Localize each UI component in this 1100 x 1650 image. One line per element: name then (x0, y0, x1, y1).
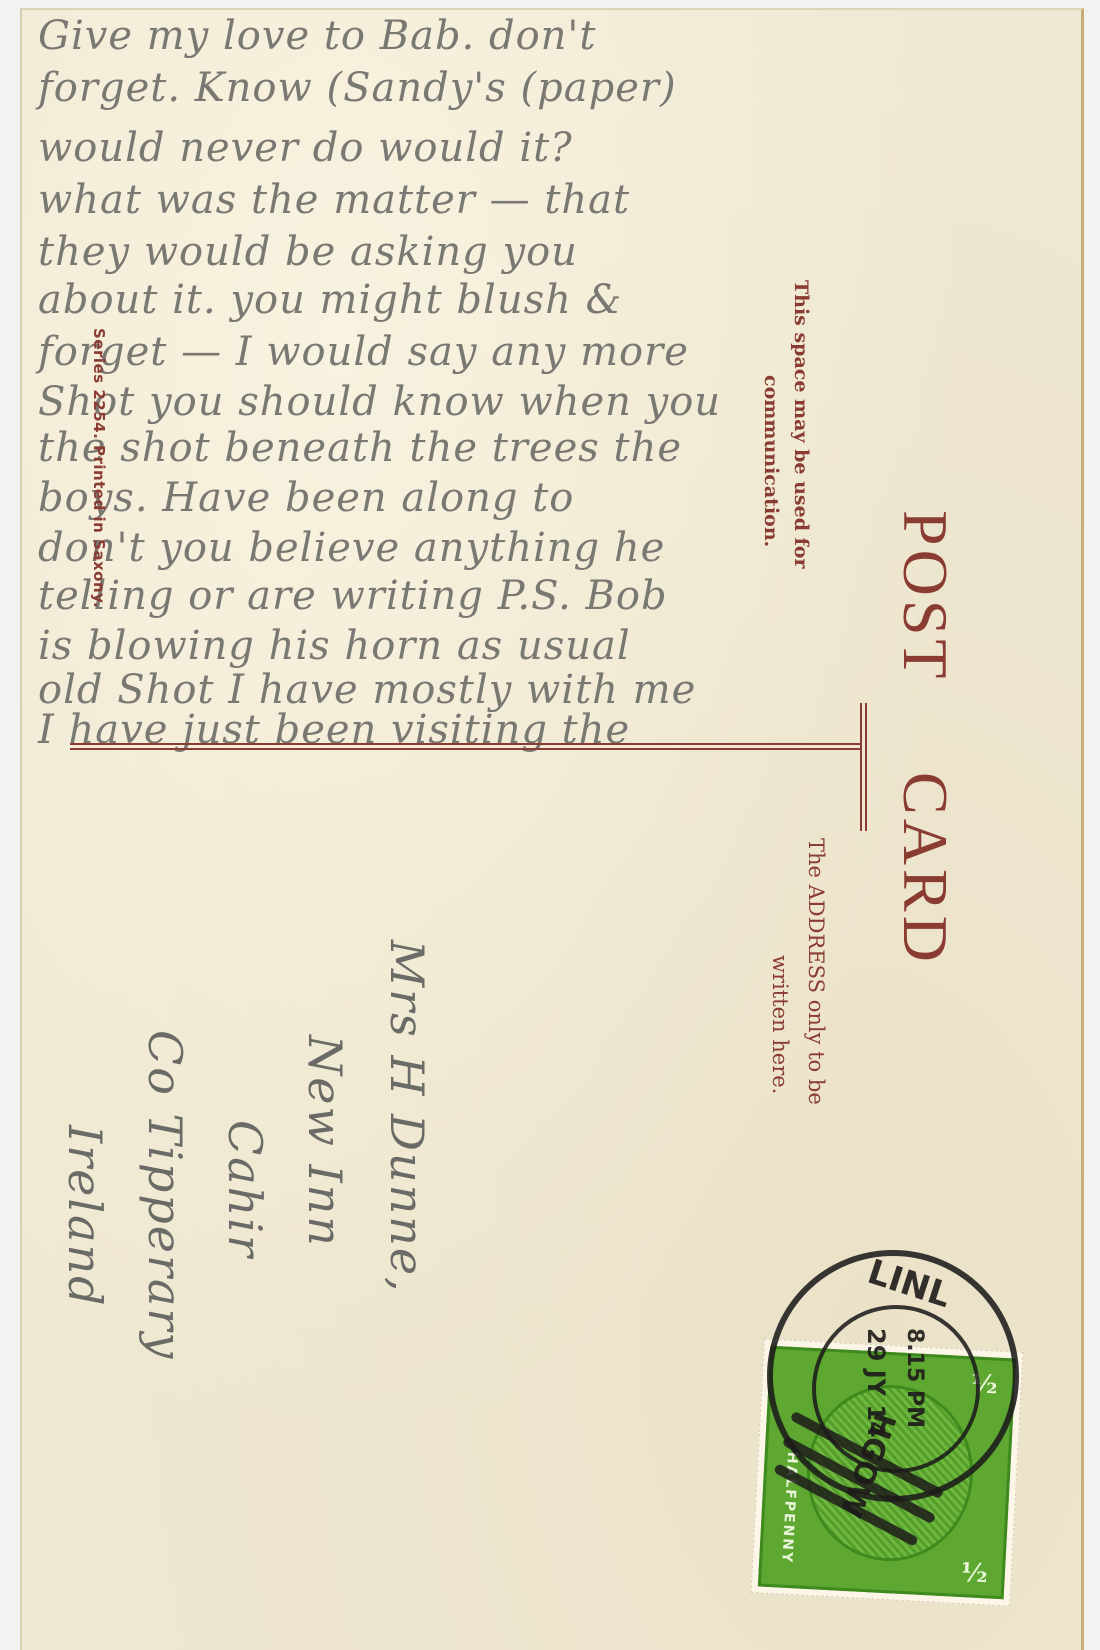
message-line-8: Shot you should know when you (38, 382, 721, 422)
message-line-7: forget — I would say any more (38, 332, 689, 372)
message-line-13: is blowing his horn as usual (38, 626, 631, 666)
message-line-11: don't you believe anything he (38, 528, 665, 568)
postmark-date: 29 JY 14 (862, 1328, 890, 1438)
message-line-12: telling or are writing P.S. Bob (38, 576, 668, 616)
message-line-5: they would be asking you (38, 232, 578, 272)
message-line-4: what was the matter — that (38, 180, 630, 220)
postcard-back: Give my love to Bab. don't forget. Know … (20, 8, 1084, 1650)
message-line-10: boys. Have been along to (38, 478, 574, 518)
message-line-14: old Shot I have mostly with me (38, 670, 696, 710)
address-note-line1: The ADDRESS only to be (804, 838, 828, 1105)
postmark-time: 8.15 PM (902, 1328, 927, 1428)
message-line-1: Give my love to Bab. don't (38, 16, 597, 56)
address-line-3: Cahir (218, 1120, 272, 1259)
address-line-4: Co Tipperary (138, 1030, 192, 1360)
address-note-line2: written here. (768, 955, 792, 1094)
address-line-5: Ireland (58, 1125, 112, 1308)
communication-note-line2: communication. (760, 375, 782, 547)
divider-horizontal (70, 743, 860, 745)
message-line-6: about it. you might blush & (38, 280, 622, 320)
address-line-2: New Inn (298, 1035, 352, 1248)
postmark-inner-ring (812, 1305, 980, 1473)
divider-vertical (860, 703, 862, 831)
publisher-imprint: Series 2254. Printed in Saxony. (90, 328, 108, 608)
message-line-3: would never do would it? (38, 128, 573, 168)
message-line-9: the shot beneath the trees the (38, 428, 682, 468)
communication-note-line1: This space may be used for (790, 280, 812, 568)
message-line-2: forget. Know (Sandy's (paper) (38, 68, 677, 108)
stamp-value-bottom: ½ (960, 1558, 989, 1589)
address-line-1: Mrs H Dunne, (380, 940, 434, 1294)
postcard-title-card: CARD (888, 772, 962, 966)
postcard-title-post: POST (888, 510, 962, 683)
